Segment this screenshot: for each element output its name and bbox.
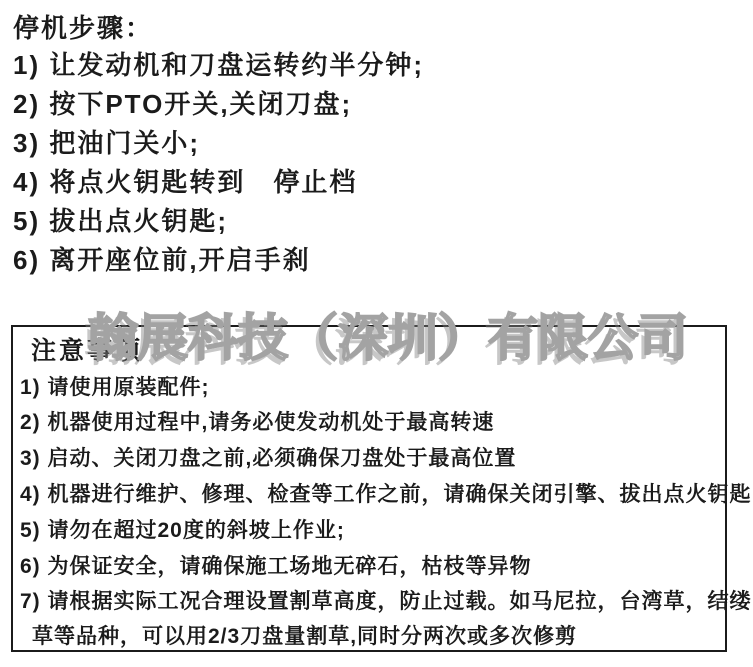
shutdown-steps-title: 停机步骤： <box>13 8 153 45</box>
notice-line-5: 5) 请勿在超过20度的斜坡上作业; <box>20 514 345 544</box>
shutdown-step-2: 2) 按下PTO开关,关闭刀盘; <box>13 85 424 124</box>
shutdown-step-1: 1) 让发动机和刀盘运转约半分钟; <box>13 46 424 85</box>
shutdown-step-4: 4) 将点火钥匙转到 停止档 <box>13 163 424 202</box>
notice-line-2: 2) 机器使用过程中,请务必使发动机处于最高转速 <box>20 406 494 436</box>
notice-line-1: 1) 请使用原装配件; <box>20 371 210 401</box>
shutdown-steps-list: 1) 让发动机和刀盘运转约半分钟; 2) 按下PTO开关,关闭刀盘; 3) 把油… <box>13 46 424 280</box>
notice-box: 注意事项 1) 请使用原装配件; 2) 机器使用过程中,请务必使发动机处于最高转… <box>11 325 727 652</box>
shutdown-step-3: 3) 把油门关小; <box>13 124 424 163</box>
shutdown-step-6: 6) 离开座位前,开启手刹 <box>13 241 424 280</box>
shutdown-step-5: 5) 拔出点火钥匙; <box>13 202 424 241</box>
manual-page: 停机步骤： 1) 让发动机和刀盘运转约半分钟; 2) 按下PTO开关,关闭刀盘;… <box>0 0 753 667</box>
notice-line-3: 3) 启动、关闭刀盘之前,必须确保刀盘处于最高位置 <box>20 442 516 472</box>
notice-line-7: 7) 请根据实际工况合理设置割草高度，防止过载。如马尼拉，台湾草，结缕 <box>20 585 752 615</box>
notice-line-7-continued: 草等品种，可以用2/3刀盘量割草,同时分两次或多次修剪 <box>32 620 577 650</box>
notice-line-6: 6) 为保证安全，请确保施工场地无碎石，枯枝等异物 <box>20 550 532 580</box>
notice-title: 注意事项 <box>31 331 143 367</box>
notice-line-4: 4) 机器进行维护、修理、检查等工作之前，请确保关闭引擎、拔出点火钥匙 <box>20 478 752 508</box>
